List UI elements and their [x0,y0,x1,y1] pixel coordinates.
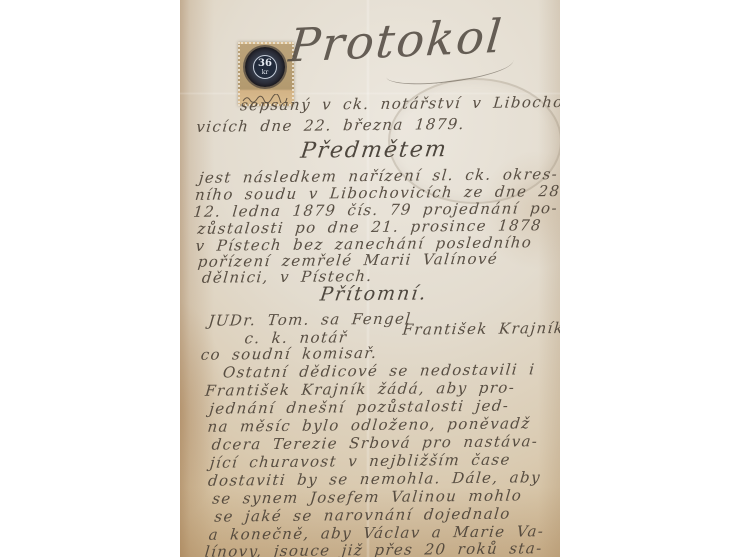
present-heading: Přítomní. [319,282,429,305]
official-title: co soudní komisař. [200,344,378,364]
subject-heading: Předmětem [299,137,449,164]
body-line: línovy, jsouce již přes 20 roků sta- [204,539,543,557]
intro-line: vicích dne 22. března 1879. [196,115,466,136]
document-photo: 36 kr Protokol sepsaný v ck. notářství v… [180,0,560,557]
handwritten-text-layer: Protokol sepsaný v ck. notářství v Liboc… [180,0,560,557]
official-name: JUDr. Tom. sa Fengel [208,310,413,330]
intro-line: sepsaný v ck. notářství v Libocho- [239,93,560,114]
page: 36 kr Protokol sepsaný v ck. notářství v… [0,0,740,557]
attendee-name: František Krajník [402,319,560,339]
